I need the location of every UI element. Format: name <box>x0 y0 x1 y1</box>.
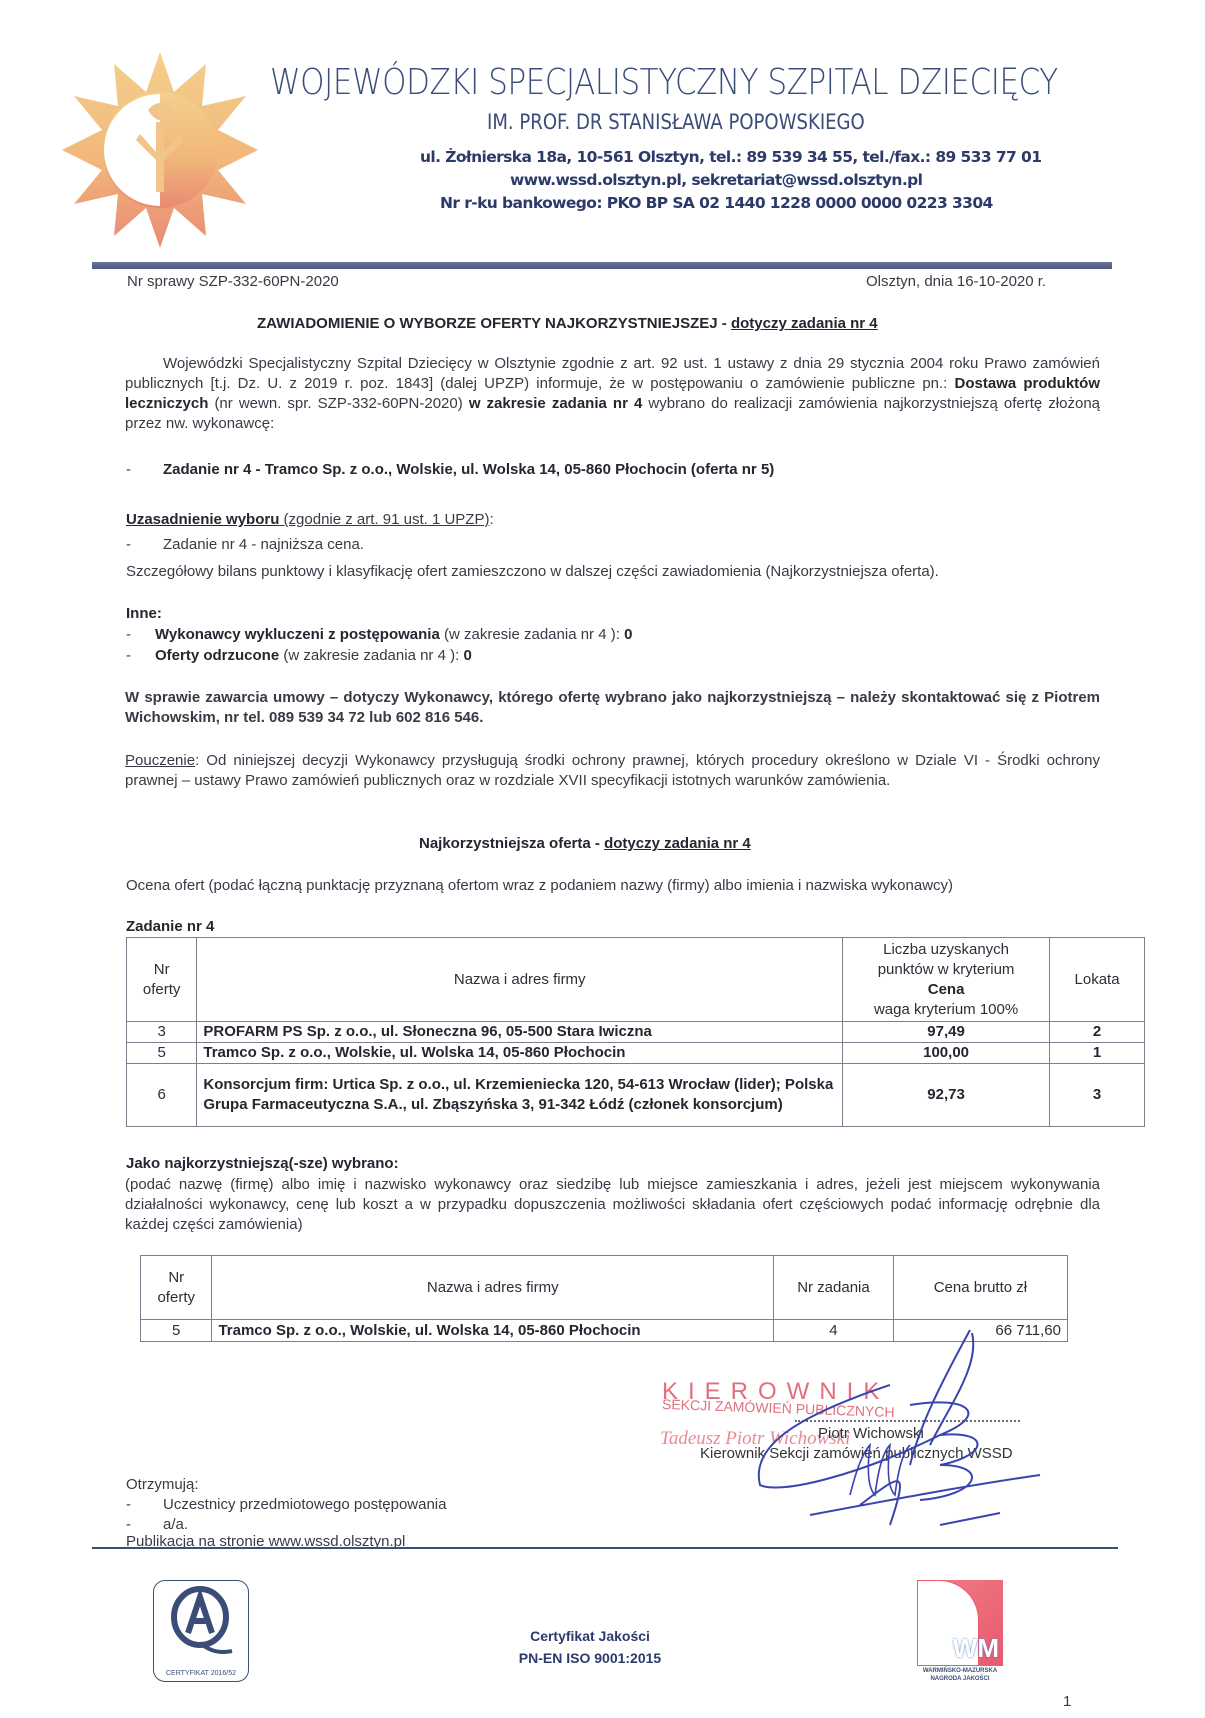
justification-label: Uzasadnienie wyboru <box>126 511 279 528</box>
best-offer-description: Ocena ofert (podać łączną punktację przy… <box>126 876 953 896</box>
offer-number: 5 <box>141 1320 212 1342</box>
header-text: oferty <box>147 1288 205 1308</box>
other-item-excluded: -Wykonawcy wykluczeni z postępowania (w … <box>126 625 632 645</box>
header-points: Liczba uzyskanychpunktów w kryteriumCena… <box>843 938 1050 1022</box>
header-text: Nr <box>133 960 190 980</box>
instruction-paragraph: Pouczenie: Od niniejszej decyzji Wykonaw… <box>125 751 1100 791</box>
page-number: 1 <box>1063 1692 1071 1712</box>
footer-divider <box>92 1547 1118 1549</box>
quality-award-logo: WM <box>917 1580 1003 1666</box>
points: 92,73 <box>843 1064 1050 1127</box>
selected-offer: Zadanie nr 4 - Tramco Sp. z o.o., Wolski… <box>163 460 774 480</box>
bullet: - <box>126 626 131 643</box>
other-item-rejected: -Oferty odrzucone (w zakresie zadania nr… <box>126 646 472 666</box>
publication-note: Publikacja na stronie www.wssd.olsztyn.p… <box>126 1532 405 1552</box>
certificate-standard: PN-EN ISO 9001:2015 <box>490 1650 690 1666</box>
institution-address: ul. Żołnierska 18a, 10-561 Olsztyn, tel.… <box>420 148 1041 166</box>
header-offer-number: Nroferty <box>141 1256 212 1320</box>
header-text: punktów w kryterium <box>849 960 1043 980</box>
header-text: Liczba uzyskanych <box>849 940 1043 960</box>
offers-ranking-table: Nroferty Nazwa i adres firmy Liczba uzys… <box>126 937 1145 1127</box>
justification-reference: (zgodnie z art. 91 ust. 1 UPZP) <box>279 511 489 528</box>
company-name: Tramco Sp. z o.o., Wolskie, ul. Wolska 1… <box>197 1043 843 1064</box>
recipient-item: Uczestnicy przedmiotowego postępowania <box>163 1495 446 1515</box>
header-text: oferty <box>133 980 190 1000</box>
award-label-2: NAGRODA JAKOŚCI <box>900 1676 1020 1682</box>
header-criterion: Cena <box>849 980 1043 1000</box>
points: 100,00 <box>843 1043 1050 1064</box>
chosen-heading: Jako najkorzystniejszą(-sze) wybrano: <box>126 1154 399 1174</box>
contract-note: W sprawie zawarcia umowy – dotyczy Wykon… <box>125 688 1100 728</box>
other-item-scope: (w zakresie zadania nr 4 ): <box>440 626 624 643</box>
document-title-main: ZAWIADOMIENIE O WYBORZE OFERTY NAJKORZYS… <box>257 315 731 332</box>
best-offer-heading: Najkorzystniejsza oferta - dotyczy zadan… <box>419 834 751 854</box>
instruction-label: Pouczenie <box>125 752 195 769</box>
other-item-label: Oferty odrzucone <box>155 647 279 664</box>
company-name: Tramco Sp. z o.o., Wolskie, ul. Wolska 1… <box>212 1320 774 1342</box>
other-item-scope: (w zakresie zadania nr 4 ): <box>279 647 463 664</box>
award-logo-text: WM <box>953 1633 999 1664</box>
table-header-row: Nroferty Nazwa i adres firmy Liczba uzys… <box>127 938 1145 1022</box>
place-date: Olsztyn, dnia 16-10-2020 r. <box>866 272 1046 292</box>
rank: 2 <box>1050 1022 1145 1043</box>
certificate-title: Certyfikat Jakości <box>490 1628 690 1644</box>
quality-certificate-logo: CERTYFIKAT 2016/52 <box>153 1580 249 1682</box>
other-item-value: 0 <box>463 647 471 664</box>
header-task-number: Nr zadania <box>774 1256 894 1320</box>
institution-patron: IM. PROF. DR STANISŁAWA POPOWSKIEGO <box>487 110 865 134</box>
handwritten-signature-icon <box>740 1325 1060 1535</box>
header-company: Nazwa i adres firmy <box>212 1256 774 1320</box>
justification-note: Szczegółowy bilans punktowy i klasyfikac… <box>126 562 939 582</box>
table-row: 3 PROFARM PS Sp. z o.o., ul. Słoneczna 9… <box>127 1022 1145 1043</box>
header-rank: Lokata <box>1050 938 1145 1022</box>
document-title-task: dotyczy zadania nr 4 <box>731 315 878 332</box>
best-offer-heading-main: Najkorzystniejsza oferta - <box>419 835 604 852</box>
company-name: Konsorcjum firm: Urtica Sp. z o.o., ul. … <box>197 1064 843 1127</box>
other-item-label: Wykonawcy wykluczeni z postępowania <box>155 626 440 643</box>
justification-heading: Uzasadnienie wyboru (zgodnie z art. 91 u… <box>126 510 494 530</box>
rank: 1 <box>1050 1043 1145 1064</box>
chosen-description: (podać nazwę (firmę) albo imię i nazwisk… <box>125 1175 1100 1235</box>
institution-contact: www.wssd.olsztyn.pl, sekretariat@wssd.ol… <box>510 171 922 189</box>
other-item-value: 0 <box>624 626 632 643</box>
offer-number: 6 <box>127 1064 197 1127</box>
table-row: 6 Konsorcjum firm: Urtica Sp. z o.o., ul… <box>127 1064 1145 1127</box>
recipients-heading: Otrzymują: <box>126 1475 199 1495</box>
institution-bank-account: Nr r-ku bankowego: PKO BP SA 02 1440 122… <box>440 194 993 212</box>
quality-q-icon <box>154 1581 248 1661</box>
header-text: waga kryterium 100% <box>849 1000 1043 1020</box>
hospital-logo-icon <box>60 50 260 250</box>
header-gross-price: Cena brutto zł <box>893 1256 1067 1320</box>
award-label-1: WARMIŃSKO-MAZURSKA <box>900 1668 1020 1674</box>
table-header-row: Nroferty Nazwa i adres firmy Nr zadania … <box>141 1256 1068 1320</box>
certificate-number: CERTYFIKAT 2016/52 <box>154 1670 248 1677</box>
justification-item: Zadanie nr 4 - najniższa cena. <box>163 535 364 555</box>
table-row: 5 Tramco Sp. z o.o., Wolskie, ul. Wolska… <box>127 1043 1145 1064</box>
recipient-bullet: - <box>126 1495 131 1515</box>
bullet: - <box>126 647 131 664</box>
institution-name: WOJEWÓDZKI SPECJALISTYCZNY SZPITAL DZIEC… <box>270 62 1058 103</box>
intro-paragraph: Wojewódzki Specjalistyczny Szpital Dziec… <box>125 354 1100 434</box>
header-company: Nazwa i adres firmy <box>197 938 843 1022</box>
points: 97,49 <box>843 1022 1050 1043</box>
task-label: Zadanie nr 4 <box>126 917 214 937</box>
header-text: Nr <box>147 1268 205 1288</box>
company-name: PROFARM PS Sp. z o.o., ul. Słoneczna 96,… <box>197 1022 843 1043</box>
offer-number: 3 <box>127 1022 197 1043</box>
selected-bullet: - <box>126 460 131 480</box>
rank: 3 <box>1050 1064 1145 1127</box>
offer-number: 5 <box>127 1043 197 1064</box>
document-title: ZAWIADOMIENIE O WYBORZE OFERTY NAJKORZYS… <box>257 314 878 334</box>
header-divider <box>92 262 1112 269</box>
intro-text-2: (nr wewn. spr. SZP-332-60PN-2020) <box>208 395 468 412</box>
justification-bullet: - <box>126 535 131 555</box>
justification-colon: : <box>489 511 493 528</box>
task-scope: w zakresie zadania nr 4 <box>469 395 643 412</box>
header-offer-number: Nroferty <box>127 938 197 1022</box>
other-heading: Inne: <box>126 604 162 624</box>
case-number: Nr sprawy SZP-332-60PN-2020 <box>127 272 339 292</box>
instruction-text: : Od niniejszej decyzji Wykonawcy przysł… <box>125 752 1100 789</box>
best-offer-heading-task: dotyczy zadania nr 4 <box>604 835 751 852</box>
